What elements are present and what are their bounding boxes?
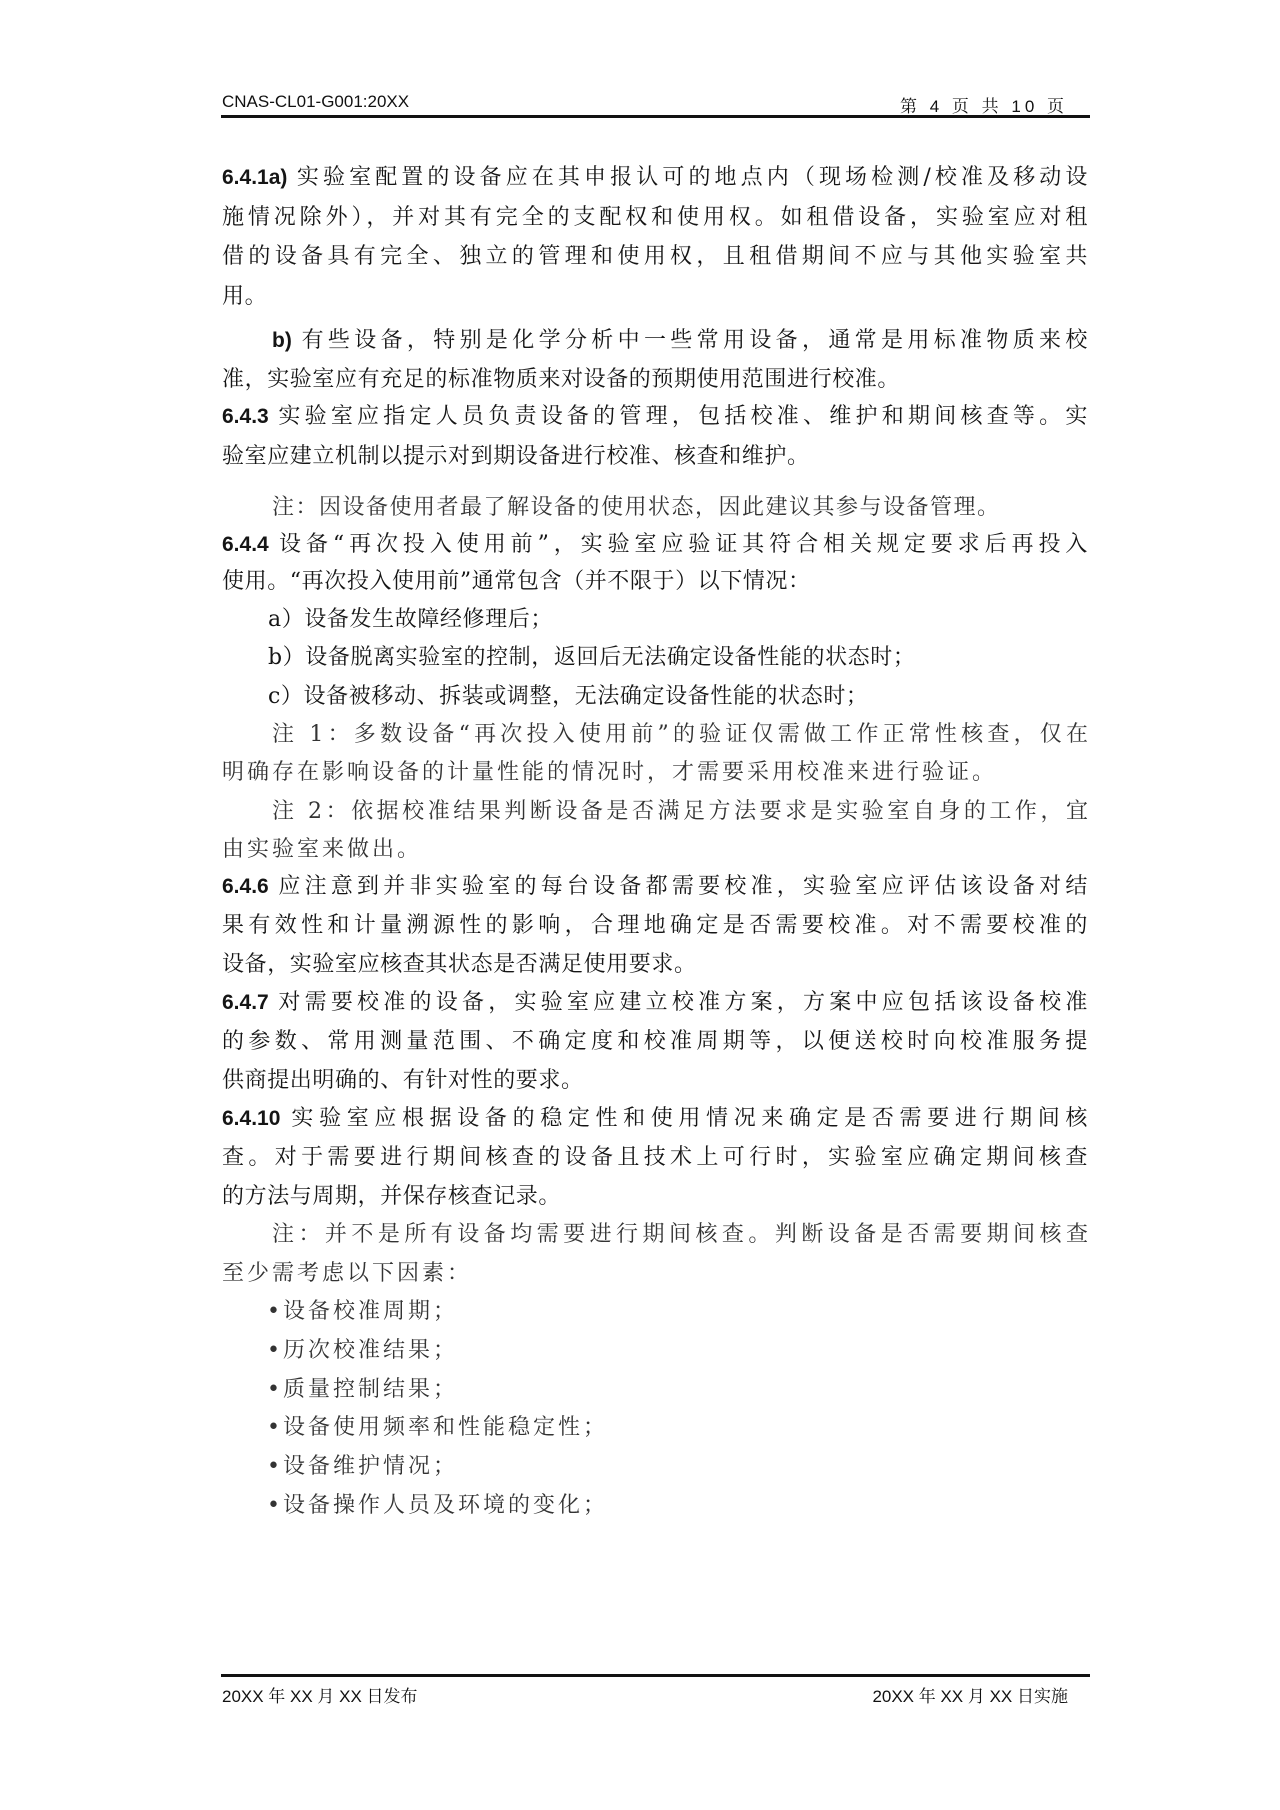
bullet-item: •质量控制结果； bbox=[267, 1375, 1133, 1405]
clause-6-4-4-line-1: 6.4.4设备“再次投入使用前”，实验室应验证其符合相关规定要求后再投入 bbox=[222, 530, 1088, 560]
list-item-a: a）设备发生故障经修理后； bbox=[268, 605, 1134, 635]
bullet-item: •历次校准结果； bbox=[267, 1336, 1133, 1366]
header-rule bbox=[221, 115, 1090, 118]
clause-6-4-3-note: 注：因设备使用者最了解设备的使用状态，因此建议其参与设备管理。 bbox=[272, 493, 1088, 523]
clause-number: b) bbox=[272, 329, 292, 352]
clause-6-4-7-line-3: 供商提出明确的、有针对性的要求。 bbox=[222, 1066, 1088, 1096]
page-number: 第 4 页 共 10 页 bbox=[900, 92, 1068, 117]
bullet-item: •设备维护情况； bbox=[267, 1452, 1133, 1482]
clause-6-4-1b-line-1: b)有些设备，特别是化学分析中一些常用设备，通常是用标准物质来校 bbox=[272, 326, 1088, 356]
list-item-c: c）设备被移动、拆装或调整，无法确定设备性能的状态时； bbox=[268, 682, 1134, 712]
clause-6-4-1a-line-4: 用。 bbox=[222, 282, 1088, 312]
clause-6-4-6-line-2: 果有效性和计量溯源性的影响，合理地确定是否需要校准。对不需要校准的 bbox=[222, 911, 1088, 941]
document-code: CNAS-CL01-G001:20XX bbox=[222, 92, 409, 112]
clause-6-4-4-note-2-line-2: 由实验室来做出。 bbox=[222, 835, 1088, 865]
clause-number: 6.4.3 bbox=[222, 405, 269, 428]
clause-number: 6.4.10 bbox=[222, 1107, 280, 1130]
clause-6-4-1b-line-2: 准，实验室应有充足的标准物质来对设备的预期使用范围进行校准。 bbox=[222, 365, 1088, 395]
bullet-item: •设备校准周期； bbox=[267, 1297, 1133, 1327]
clause-6-4-10-line-3: 的方法与周期，并保存核查记录。 bbox=[222, 1182, 1088, 1212]
clause-6-4-4-line-2: 使用。“再次投入使用前”通常包含（并不限于）以下情况： bbox=[222, 567, 1088, 597]
clause-6-4-7-line-2: 的参数、常用测量范围、不确定度和校准周期等，以便送校时向校准服务提 bbox=[222, 1027, 1088, 1057]
document-page: CNAS-CL01-G001:20XX 第 4 页 共 10 页 6.4.1a)… bbox=[0, 0, 1280, 1810]
effective-date: 20XX 年 XX 月 XX 日实施 bbox=[872, 1682, 1068, 1707]
clause-number: 6.4.4 bbox=[222, 533, 269, 556]
clause-6-4-6-line-3: 设备，实验室应核查其状态是否满足使用要求。 bbox=[222, 950, 1088, 980]
clause-6-4-10-line-1: 6.4.10实验室应根据设备的稳定性和使用情况来确定是否需要进行期间核 bbox=[222, 1104, 1088, 1134]
clause-number: 6.4.1a) bbox=[222, 166, 287, 189]
clause-6-4-4-note-2-line-1: 注 2：依据校准结果判断设备是否满足方法要求是实验室自身的工作，宜 bbox=[272, 797, 1088, 827]
clause-6-4-10-note-line-1: 注：并不是所有设备均需要进行期间核查。判断设备是否需要期间核查 bbox=[272, 1220, 1088, 1250]
clause-6-4-4-note-1-line-1: 注 1：多数设备“再次投入使用前”的验证仅需做工作正常性核查，仅在 bbox=[272, 720, 1088, 750]
clause-6-4-4-note-1-line-2: 明确存在影响设备的计量性能的情况时，才需要采用校准来进行验证。 bbox=[222, 758, 1088, 788]
clause-6-4-6-line-1: 6.4.6应注意到并非实验室的每台设备都需要校准，实验室应评估该设备对结 bbox=[222, 872, 1088, 902]
bullet-item: •设备使用频率和性能稳定性； bbox=[267, 1413, 1133, 1443]
clause-number: 6.4.6 bbox=[222, 875, 269, 898]
clause-6-4-3-line-2: 验室应建立机制以提示对到期设备进行校准、核查和维护。 bbox=[222, 442, 1088, 472]
clause-6-4-10-note-line-2: 至少需考虑以下因素： bbox=[222, 1259, 1088, 1289]
clause-6-4-7-line-1: 6.4.7对需要校准的设备，实验室应建立校准方案，方案中应包括该设备校准 bbox=[222, 988, 1088, 1018]
clause-6-4-1a-line-2: 施情况除外），并对其有完全的支配权和使用权。如租借设备，实验室应对租 bbox=[222, 203, 1088, 233]
clause-number: 6.4.7 bbox=[222, 991, 269, 1014]
list-item-b: b）设备脱离实验室的控制，返回后无法确定设备性能的状态时； bbox=[268, 643, 1134, 673]
footer-rule bbox=[221, 1674, 1090, 1677]
clause-6-4-10-line-2: 查。对于需要进行期间核查的设备且技术上可行时，实验室应确定期间核查 bbox=[222, 1143, 1088, 1173]
clause-6-4-3-line-1: 6.4.3实验室应指定人员负责设备的管理，包括校准、维护和期间核查等。实 bbox=[222, 402, 1088, 432]
publish-date: 20XX 年 XX 月 XX 日发布 bbox=[222, 1682, 418, 1707]
bullet-item: •设备操作人员及环境的变化； bbox=[267, 1491, 1133, 1521]
clause-6-4-1a-line-1: 6.4.1a)实验室配置的设备应在其申报认可的地点内（现场检测/校准及移动设 bbox=[222, 163, 1088, 193]
clause-6-4-1a-line-3: 借的设备具有完全、独立的管理和使用权，且租借期间不应与其他实验室共 bbox=[222, 242, 1088, 272]
